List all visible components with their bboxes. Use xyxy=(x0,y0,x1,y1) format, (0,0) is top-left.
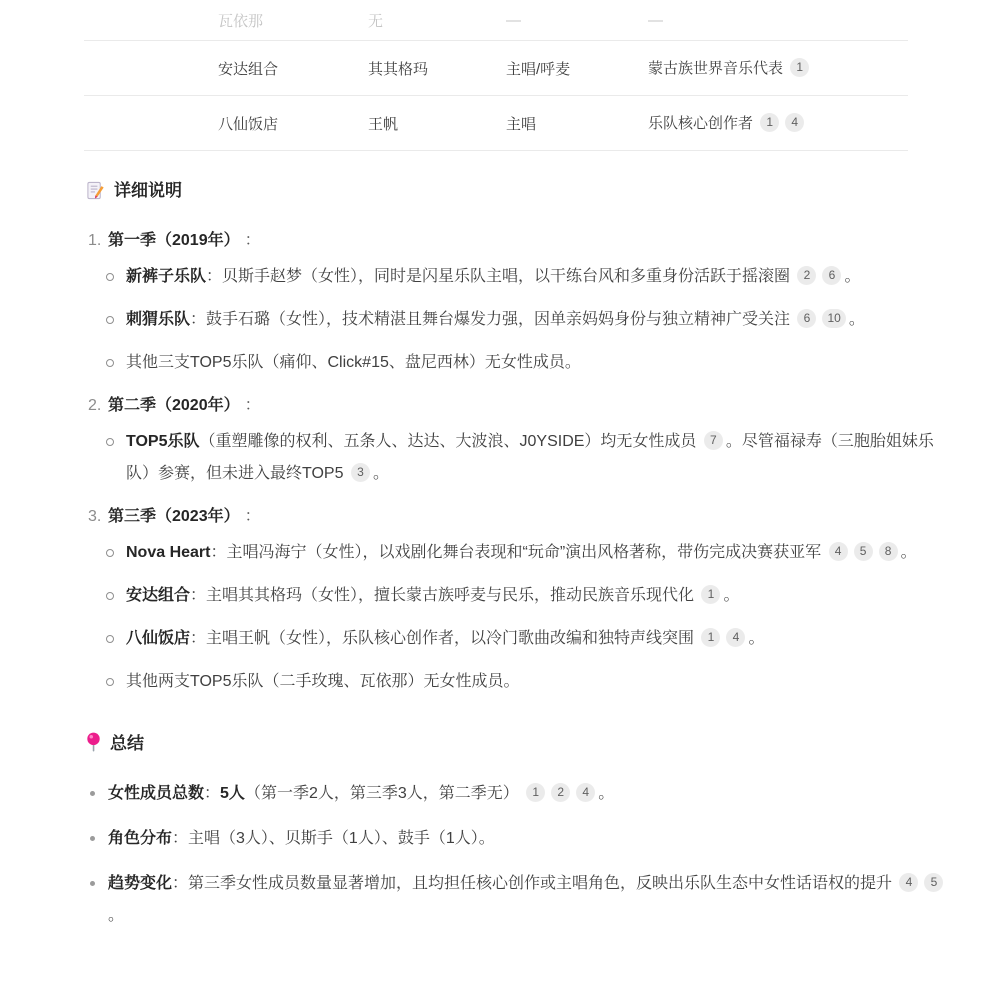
citation-badge[interactable]: 1 xyxy=(701,585,720,604)
season-colon: ： xyxy=(245,501,261,533)
dot-bullet-icon xyxy=(90,836,95,841)
cell-role: 主唱 xyxy=(506,113,648,134)
cell-note: 蒙古族世界音乐代表 1 xyxy=(648,57,908,79)
bold-text: TOP5乐队 xyxy=(126,433,200,450)
cell-role: — xyxy=(506,12,648,29)
text-segment: ：主唱其其格玛（女性），擅长蒙古族呼麦与民乐，推动民族音乐现代化 xyxy=(190,587,698,604)
citation-badge[interactable]: 1 xyxy=(790,58,809,77)
list-item: 八仙饭店：主唱王帆（女性），乐队核心创作者，以冷门歌曲改编和独特声线突围 14。 xyxy=(106,623,956,655)
section-title: 详细说明 xyxy=(114,179,182,203)
cell-note: 乐队核心创作者 14 xyxy=(648,112,908,134)
bold-text: 刺猬乐队 xyxy=(126,311,190,328)
memo-icon xyxy=(86,181,105,200)
text-segment: 其他两支TOP5乐队（二手玫瑰、瓦依那）无女性成员。 xyxy=(126,673,520,690)
list-item: 女性成员总数：5人（第一季2人，第三季3人，第二季无） 124。 xyxy=(90,778,956,810)
text-segment: 其他三支TOP5乐队（痛仰、Click#15、盘尼西林）无女性成员。 xyxy=(126,354,581,371)
list-item-text: 趋势变化：第三季女性成员数量显著增加，且均担任核心创作或主唱角色，反映出乐队生态… xyxy=(108,868,956,932)
answer-body: 详细说明 1. 第一季（2019年） ： 新裤子乐队：贝斯手赵梦（女性），同时是… xyxy=(88,179,956,932)
list-item-text: 角色分布：主唱（3人）、贝斯手（1人）、鼓手（1人）。 xyxy=(108,823,956,855)
dot-bullet-icon xyxy=(90,881,95,886)
cell-band: 安达组合 xyxy=(218,58,368,79)
band-members-table: 瓦依那 无 — — 安达组合 其其格玛 主唱/呼麦 蒙古族世界音乐代表 1 八仙… xyxy=(84,0,908,151)
cell-note: — xyxy=(648,12,908,29)
text-segment: ：贝斯手赵梦（女性），同时是闪星乐队主唱，以干练台风和多重身份活跃于摇滚圈 xyxy=(206,268,794,285)
season-block-3: 3. 第三季（2023年） ： Nova Heart：主唱冯海宁（女性），以戏剧… xyxy=(88,501,956,698)
season-bullet-list: TOP5乐队（重塑雕像的权利、五条人、达达、大波浪、J0YSIDE）均无女性成员… xyxy=(106,426,956,490)
circle-bullet-icon xyxy=(106,273,114,281)
season-bullet-list: Nova Heart：主唱冯海宁（女性），以戏剧化舞台表现和“玩命”演出风格著称… xyxy=(106,537,956,698)
circle-bullet-icon xyxy=(106,549,114,557)
list-item-text: 八仙饭店：主唱王帆（女性），乐队核心创作者，以冷门歌曲改编和独特声线突围 14。 xyxy=(126,623,956,655)
citation-badge[interactable]: 2 xyxy=(551,783,570,802)
season-title: 第一季（2019年） xyxy=(108,225,240,257)
dot-bullet-icon xyxy=(90,791,95,796)
list-item-text: Nova Heart：主唱冯海宁（女性），以戏剧化舞台表现和“玩命”演出风格著称… xyxy=(126,537,956,569)
season-colon: ： xyxy=(245,390,261,422)
text-segment: 。 xyxy=(723,587,739,604)
season-title: 第三季（2023年） xyxy=(108,501,240,533)
table-row: 八仙饭店 王帆 主唱 乐队核心创作者 14 xyxy=(84,96,908,151)
text-segment: ：主唱（3人）、贝斯手（1人）、鼓手（1人）。 xyxy=(172,830,495,847)
text-segment: 。 xyxy=(748,630,764,647)
list-item-text: TOP5乐队（重塑雕像的权利、五条人、达达、大波浪、J0YSIDE）均无女性成员… xyxy=(126,426,956,490)
citation-badge[interactable]: 7 xyxy=(704,431,723,450)
circle-bullet-icon xyxy=(106,678,114,686)
citation-badge[interactable]: 4 xyxy=(576,783,595,802)
citation-badge[interactable]: 8 xyxy=(879,542,898,561)
text-segment: 。 xyxy=(373,465,389,482)
summary-bullet-list: 女性成员总数：5人（第一季2人，第三季3人，第二季无） 124。 角色分布：主唱… xyxy=(90,778,956,932)
text-segment: ： xyxy=(204,785,220,802)
cell-member: 其其格玛 xyxy=(368,58,506,79)
text-segment: ：主唱王帆（女性），乐队核心创作者，以冷门歌曲改编和独特声线突围 xyxy=(190,630,698,647)
cell-band: 八仙饭店 xyxy=(218,113,368,134)
citation-badge[interactable]: 5 xyxy=(854,542,873,561)
list-item: 趋势变化：第三季女性成员数量显著增加，且均担任核心创作或主唱角色，反映出乐队生态… xyxy=(90,868,956,932)
season-heading: 3. 第三季（2023年） ： xyxy=(88,501,956,533)
list-item-text: 其他三支TOP5乐队（痛仰、Click#15、盘尼西林）无女性成员。 xyxy=(126,347,956,379)
text-segment: ：第三季女性成员数量显著增加，且均担任核心创作或主唱角色，反映出乐队生态中女性话… xyxy=(172,875,896,892)
text-segment: 。 xyxy=(598,785,614,802)
text-segment: — xyxy=(648,12,663,29)
citation-badge[interactable]: 1 xyxy=(760,113,779,132)
list-number: 1. xyxy=(88,225,103,257)
bold-text: 趋势变化 xyxy=(108,875,172,892)
season-bullet-list: 新裤子乐队：贝斯手赵梦（女性），同时是闪星乐队主唱，以干练台风和多重身份活跃于摇… xyxy=(106,261,956,379)
bold-text: Nova Heart xyxy=(126,544,210,561)
bold-text: 5人 xyxy=(220,785,245,802)
table-row: 瓦依那 无 — — xyxy=(84,0,908,41)
citation-badge[interactable]: 10 xyxy=(822,309,845,328)
pushpin-icon xyxy=(86,732,101,755)
circle-bullet-icon xyxy=(106,359,114,367)
list-item-text: 新裤子乐队：贝斯手赵梦（女性），同时是闪星乐队主唱，以干练台风和多重身份活跃于摇… xyxy=(126,261,956,293)
season-title: 第二季（2020年） xyxy=(108,390,240,422)
bold-text: 角色分布 xyxy=(108,830,172,847)
bold-text: 新裤子乐队 xyxy=(126,268,206,285)
list-item: TOP5乐队（重塑雕像的权利、五条人、达达、大波浪、J0YSIDE）均无女性成员… xyxy=(106,426,956,490)
season-heading: 1. 第一季（2019年） ： xyxy=(88,225,956,257)
season-block-1: 1. 第一季（2019年） ： 新裤子乐队：贝斯手赵梦（女性），同时是闪星乐队主… xyxy=(88,225,956,379)
list-number: 3. xyxy=(88,501,103,533)
text-segment: 。 xyxy=(108,907,124,924)
circle-bullet-icon xyxy=(106,438,114,446)
list-item: 其他两支TOP5乐队（二手玫瑰、瓦依那）无女性成员。 xyxy=(106,666,956,698)
list-item-text: 其他两支TOP5乐队（二手玫瑰、瓦依那）无女性成员。 xyxy=(126,666,956,698)
citation-badge[interactable]: 4 xyxy=(829,542,848,561)
list-item: 角色分布：主唱（3人）、贝斯手（1人）、鼓手（1人）。 xyxy=(90,823,956,855)
text-segment: 蒙古族世界音乐代表 xyxy=(648,60,787,77)
citation-badge[interactable]: 4 xyxy=(785,113,804,132)
cell-band: 瓦依那 xyxy=(218,10,368,31)
detail-section-heading: 详细说明 xyxy=(86,179,956,203)
text-segment: ：鼓手石璐（女性），技术精湛且舞台爆发力强，因单亲妈妈身份与独立精神广受关注 xyxy=(190,311,794,328)
season-colon: ： xyxy=(245,225,261,257)
circle-bullet-icon xyxy=(106,592,114,600)
list-item: Nova Heart：主唱冯海宁（女性），以戏剧化舞台表现和“玩命”演出风格著称… xyxy=(106,537,956,569)
text-segment: 。 xyxy=(849,311,865,328)
season-block-2: 2. 第二季（2020年） ： TOP5乐队（重塑雕像的权利、五条人、达达、大波… xyxy=(88,390,956,490)
bold-text: 女性成员总数 xyxy=(108,785,204,802)
text-segment: （重塑雕像的权利、五条人、达达、大波浪、J0YSIDE）均无女性成员 xyxy=(200,433,701,450)
list-item: 刺猬乐队：鼓手石璐（女性），技术精湛且舞台爆发力强，因单亲妈妈身份与独立精神广受… xyxy=(106,304,956,336)
citation-badge[interactable]: 6 xyxy=(822,266,841,285)
list-number: 2. xyxy=(88,390,103,422)
cell-member: 无 xyxy=(368,10,506,31)
text-segment: ：主唱冯海宁（女性），以戏剧化舞台表现和“玩命”演出风格著称，带伤完成决赛获亚军 xyxy=(210,544,825,561)
citation-badge[interactable]: 5 xyxy=(924,873,943,892)
citation-badge[interactable]: 4 xyxy=(899,873,918,892)
list-item: 其他三支TOP5乐队（痛仰、Click#15、盘尼西林）无女性成员。 xyxy=(106,347,956,379)
citation-badge[interactable]: 1 xyxy=(701,628,720,647)
list-item-text: 刺猬乐队：鼓手石璐（女性），技术精湛且舞台爆发力强，因单亲妈妈身份与独立精神广受… xyxy=(126,304,956,336)
bold-text: 八仙饭店 xyxy=(126,630,190,647)
season-heading: 2. 第二季（2020年） ： xyxy=(88,390,956,422)
bold-text: 安达组合 xyxy=(126,587,190,604)
citation-badge[interactable]: 3 xyxy=(351,463,370,482)
list-item: 安达组合：主唱其其格玛（女性），擅长蒙古族呼麦与民乐，推动民族音乐现代化 1。 xyxy=(106,580,956,612)
circle-bullet-icon xyxy=(106,316,114,324)
citation-badge[interactable]: 4 xyxy=(726,628,745,647)
list-item-text: 女性成员总数：5人（第一季2人，第三季3人，第二季无） 124。 xyxy=(108,778,956,810)
citation-badge[interactable]: 1 xyxy=(526,783,545,802)
cell-member: 王帆 xyxy=(368,113,506,134)
table-row: 安达组合 其其格玛 主唱/呼麦 蒙古族世界音乐代表 1 xyxy=(84,41,908,96)
list-item-text: 安达组合：主唱其其格玛（女性），擅长蒙古族呼麦与民乐，推动民族音乐现代化 1。 xyxy=(126,580,956,612)
list-item: 新裤子乐队：贝斯手赵梦（女性），同时是闪星乐队主唱，以干练台风和多重身份活跃于摇… xyxy=(106,261,956,293)
citation-badge[interactable]: 2 xyxy=(797,266,816,285)
section-title: 总结 xyxy=(110,732,144,756)
text-segment: 。 xyxy=(901,544,917,561)
cell-role: 主唱/呼麦 xyxy=(506,58,648,79)
text-segment: （第一季2人，第三季3人，第二季无） xyxy=(245,785,523,802)
circle-bullet-icon xyxy=(106,635,114,643)
citation-badge[interactable]: 6 xyxy=(797,309,816,328)
text-segment: 。 xyxy=(844,268,860,285)
text-segment: 乐队核心创作者 xyxy=(648,115,757,132)
summary-section-heading: 总结 xyxy=(86,732,956,756)
